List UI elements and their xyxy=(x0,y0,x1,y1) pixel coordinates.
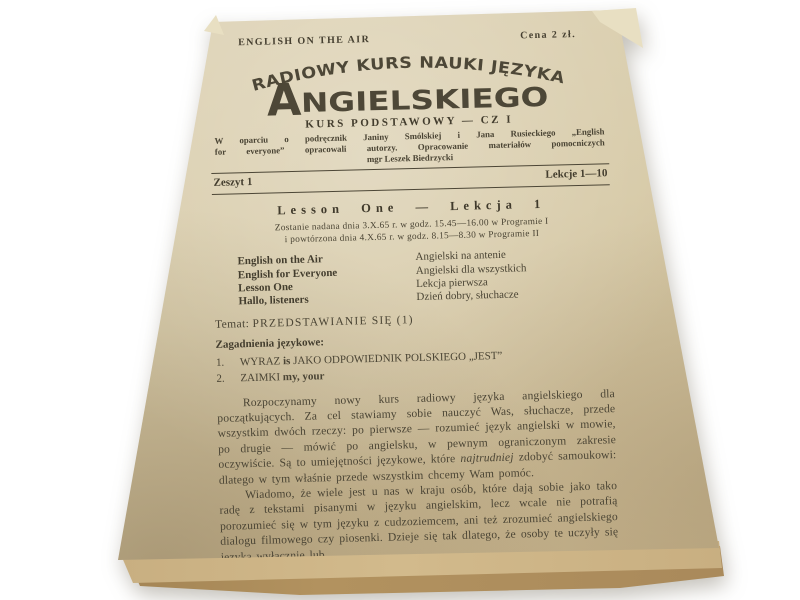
booklet-cover: ENGLISH ON THE AIR Cena 2 zł. RADIOWY KU… xyxy=(0,0,800,600)
item-text-post: JAKO ODPOWIEDNIK POLSKIEGO „JEST” xyxy=(290,350,502,367)
item-text-pre: WYRAZ xyxy=(240,355,283,368)
item-number: 1. xyxy=(216,355,240,372)
course-logo: RADIOWY KURS NAUKI JĘZYKA A NGIELSKIEGO xyxy=(242,42,574,118)
body-paragraph-1: Rozpoczynamy nowy kurs radiowy języka an… xyxy=(217,386,617,488)
printed-content: ENGLISH ON THE AIR Cena 2 zł. RADIOWY KU… xyxy=(208,26,619,565)
language-issues-list: 1. WYRAZ is JAKO ODPOWIEDNIK POLSKIEGO „… xyxy=(216,346,615,388)
item-number: 2. xyxy=(216,371,240,388)
price-label: Cena 2 zł. xyxy=(520,29,576,41)
topic-label: Temat: xyxy=(215,318,249,331)
item-text-pre: ZAIMKI xyxy=(240,371,283,384)
series-title: ENGLISH ON THE AIR xyxy=(238,34,370,48)
issue-number: Zeszyt 1 xyxy=(213,176,252,189)
paper-stack: ENGLISH ON THE AIR Cena 2 zł. RADIOWY KU… xyxy=(0,0,800,600)
item-text-bold: my, your xyxy=(283,370,325,383)
topic-line: Temat: PRZEDSTAWIANIE SIĘ (1) xyxy=(215,309,613,331)
para1-italic: najtrudniej xyxy=(460,451,513,465)
credit-block: W oparciu o podręcznik Janiny Smólskiej … xyxy=(210,126,609,169)
lessons-range: Lekcje 1—10 xyxy=(545,167,607,181)
logo-big-a: A xyxy=(266,75,302,118)
broadcast-info: Zostanie nadana dnia 3.X.65 r. w godz. 1… xyxy=(213,214,611,248)
topic-value: PRZEDSTAWIANIE SIĘ (1) xyxy=(252,314,414,330)
vocabulary-list: English on the Air Angielski na antenie … xyxy=(237,246,612,309)
item-text: ZAIMKI my, your xyxy=(240,369,324,387)
photo-of-booklet: ENGLISH ON THE AIR Cena 2 zł. RADIOWY KU… xyxy=(0,0,800,600)
